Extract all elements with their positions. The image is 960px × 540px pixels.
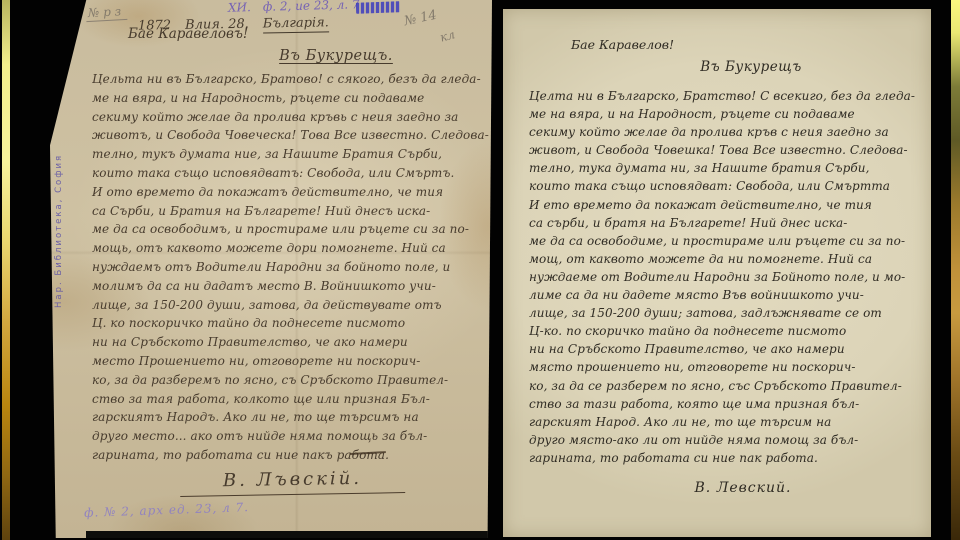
- letter-line: секиму който желае да пролива кръвь с не…: [92, 108, 492, 127]
- library-ink-stamp: [356, 1, 400, 14]
- inventory-number-annotation: № р з: [86, 4, 128, 22]
- letter-body: Целта ни в Българско, Братство! С всекиг…: [529, 87, 925, 467]
- letter-line: ни на Сръбското Правителство, че ако нам…: [529, 340, 925, 358]
- letter-line: телно, тукъ думата ние, за Нашите Братия…: [92, 145, 492, 164]
- salutation: Бае Каравелов!: [571, 37, 674, 52]
- letter-body: Цельта ни въ Българско, Братово! с сяког…: [92, 70, 492, 465]
- letter-line: ко, за да се разберем по ясно, със Сръбс…: [529, 377, 925, 395]
- letter-line: Ц-ко. по скоричко тайно да поднесете пис…: [529, 322, 925, 340]
- letter-line: гарският Народ. Ако ли не, то ще търсим …: [529, 413, 925, 431]
- letter-line: ме да са освободимъ, и простираме или ръ…: [92, 220, 492, 239]
- letter-line: ме да са освободиме, и простираме или ръ…: [529, 232, 925, 250]
- pencil-number-annotation: № 14: [403, 8, 438, 30]
- archive-reference-header: ХИ.ф. 2, ие 23, л. 7: [228, 0, 360, 15]
- letter-line: место Прошението ни, отговорете ни поско…: [92, 352, 492, 371]
- letter-line: И ото времето да покажатъ действително, …: [92, 183, 492, 202]
- letter-line: лиме са да ни дадете място Във войнишкот…: [529, 286, 925, 304]
- letter-line: И ето времето да покажат действително, ч…: [529, 196, 925, 214]
- letter-line: ство за тази работа, която ще има призна…: [529, 395, 925, 413]
- address-heading: Въ Букурещъ.: [246, 48, 426, 64]
- letter-line: място прошението ни, отговорете ни поско…: [529, 358, 925, 376]
- letter-line: гарскиятъ Народъ. Ако ли не, то ще търси…: [92, 408, 492, 427]
- letter-line: нуждаемъ отъ Водители Народни за бойното…: [92, 258, 492, 277]
- letter-line: Ц. ко поскоричко тайно да поднесете писм…: [92, 314, 492, 333]
- letter-line: са Сърби, и Братия на Българете! Ний дне…: [92, 202, 492, 221]
- letter-line: които така също исповядват: Свобода, или…: [529, 177, 925, 195]
- letter-line: мощь, отъ каквото можете дори помогнете.…: [92, 239, 492, 258]
- letter-line: телно, тука думата ни, за Нашите братия …: [529, 159, 925, 177]
- letter-comparison-view: № р з ХИ.ф. 2, ие 23, л. 7 1872 Влия. 28…: [0, 0, 960, 540]
- original-manuscript-scan: № р з ХИ.ф. 2, ие 23, л. 7 1872 Влия. 28…: [50, 0, 492, 538]
- letter-line: друго място-ако ли от нийде няма помощ з…: [529, 431, 925, 449]
- letter-line: ство за тая работа, колкото ще или призн…: [92, 390, 492, 409]
- letter-line: нуждаеме от Водители Народни за Бойното …: [529, 268, 925, 286]
- letter-line: гарината, то работата си ние пакъ работа…: [92, 446, 492, 465]
- letter-line: мощ, от каквото можете да ни помогнете. …: [529, 250, 925, 268]
- letter-line: които така също исповядватъ: Свобода, ил…: [92, 164, 492, 183]
- letter-line: ни на Сръбското Правителство, че ако нам…: [92, 333, 492, 352]
- letter-line: Целта ни в Българско, Братство! С всекиг…: [529, 87, 925, 105]
- letter-line: друго место... ако отъ нийде няма помощь…: [92, 427, 492, 446]
- address-heading: Въ Букурещъ: [681, 59, 821, 75]
- letter-line: Цельта ни въ Българско, Братово! с сяког…: [92, 70, 492, 89]
- photo-bottom-edge: [86, 531, 489, 538]
- gold-frame-right: [951, 0, 960, 540]
- letter-line: ко, за да разберемъ по ясно, съ Сръбскот…: [92, 371, 492, 390]
- salutation: Бае Каравеловъ!: [128, 26, 248, 42]
- transcription-sheet: Бае Каравелов! Въ Букурещъ Целта ни в Бъ…: [503, 9, 931, 537]
- letter-line: ме на вяра, и на Народность, ръцете си п…: [92, 89, 492, 108]
- signature: В. Левский.: [663, 480, 823, 496]
- letter-line: животъ, и Свобода Човеческа! Това Все из…: [92, 126, 492, 145]
- letter-line: лище, за 150-200 души; затова, задлъжняв…: [529, 304, 925, 322]
- letter-line: лище, за 150-200 души, затова, да действ…: [92, 296, 492, 315]
- library-vertical-stamp: Нар. Библиотека, София: [54, 158, 64, 308]
- archive-reference-footer: ф. № 2, арх ед. 23, л 7.: [84, 500, 249, 520]
- letter-line: са сърби, и братя на Българете! Ний днес…: [529, 214, 925, 232]
- letter-line: секиму който желае да пролива кръв с неи…: [529, 123, 925, 141]
- signature: В. Лъвскій.: [180, 467, 405, 497]
- pencil-initials-annotation: кл: [438, 27, 456, 44]
- letter-line: ме на вяра, и на Народност, ръцете си по…: [529, 105, 925, 123]
- letter-line: живот, и Свобода Човешка! Това Все извес…: [529, 141, 925, 159]
- archive-prefix: ХИ.: [228, 0, 251, 15]
- date-country: Българія.: [263, 15, 329, 33]
- archive-code: ф. 2, ие 23, л. 7: [263, 0, 360, 14]
- gold-frame-left: [2, 0, 10, 540]
- letter-line: гарината, то работата си ние пак работа.: [529, 449, 925, 467]
- letter-line: молимъ да са ни дадатъ место В. Войнишко…: [92, 277, 492, 296]
